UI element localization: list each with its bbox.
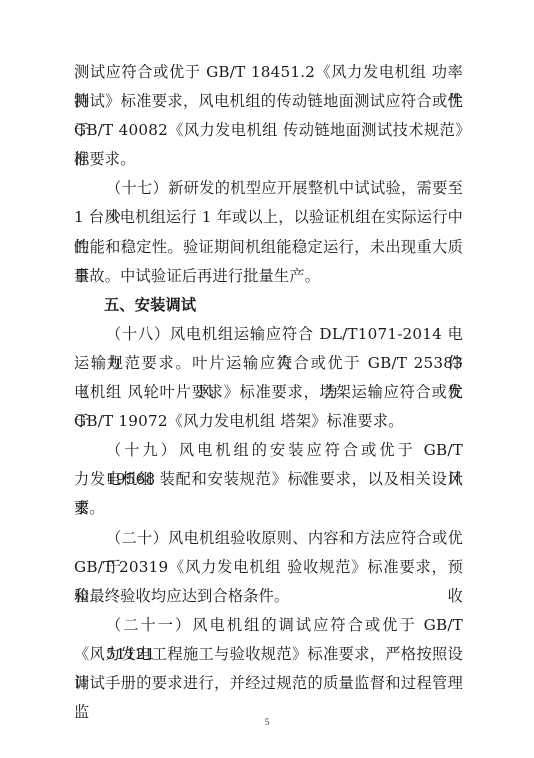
paragraph-18-line-3: 电机组 风轮叶片要求》标准要求，塔架运输应符合或优于 (74, 378, 463, 407)
section-heading-installation: 五、安装调试 (74, 291, 463, 320)
paragraph-16-line-4: 准要求。 (74, 145, 463, 174)
paragraph-17-line-3: 性能和稳定性。验证期间机组能稳定运行，未出现重大质量 (74, 233, 463, 262)
paragraph-18-line-2: 运输规范要求。叶片运输应符合或优于 GB/T 25383《风力发 (74, 349, 463, 378)
page-number: 5 (0, 717, 534, 727)
document-page: 测试应符合或优于 GB/T 18451.2《风力发电机组 功率特性 测试》标准要… (0, 0, 534, 758)
document-body: 测试应符合或优于 GB/T 18451.2《风力发电机组 功率特性 测试》标准要… (74, 58, 463, 698)
paragraph-16-line-1: 测试应符合或优于 GB/T 18451.2《风力发电机组 功率特性 (74, 58, 463, 87)
paragraph-17-line-1: （十七）新研发的机型应开展整机中试试验，需要至少 (74, 174, 463, 203)
paragraph-20-line-2: GB/T 20319《风力发电机组 验收规范》标准要求，预验收 (74, 553, 463, 582)
paragraph-18-line-4: GB/T 19072《风力发电机组 塔架》标准要求。 (74, 407, 463, 436)
paragraph-17-line-2: 1 台风电机组运行 1 年或以上，以验证机组在实际运行中的 (74, 203, 463, 232)
paragraph-19-line-1: （十九）风电机组的安装应符合或优于 GB/T 19568《风 (74, 436, 463, 465)
paragraph-18-line-1: （十八）风电机组运输应符合 DL/T1071-2014 电力大件 (74, 320, 463, 349)
paragraph-19-line-2: 力发电机组 装配和安装规范》标准要求，以及相关设计要 (74, 465, 463, 494)
paragraph-16-line-3: GB/T 40082《风力发电机组 传动链地面测试技术规范》标 (74, 116, 463, 145)
paragraph-21-line-3: 调试手册的要求进行，并经过规范的质量监督和过程管理监 (74, 669, 463, 698)
paragraph-21-line-1: （二十一）风电机组的调试应符合或优于 GB/T 51121 (74, 611, 463, 640)
paragraph-20-line-1: （二十）风电机组验收原则、内容和方法应符合或优于 (74, 524, 463, 553)
paragraph-17-line-4: 事故。中试验证后再进行批量生产。 (74, 262, 463, 291)
paragraph-21-line-2: 《风力发电工程施工与验收规范》标准要求，严格按照设计 (74, 640, 463, 669)
paragraph-16-line-2: 测试》标准要求，风电机组的传动链地面测试应符合或优于 (74, 87, 463, 116)
paragraph-19-line-3: 求。 (74, 494, 463, 523)
